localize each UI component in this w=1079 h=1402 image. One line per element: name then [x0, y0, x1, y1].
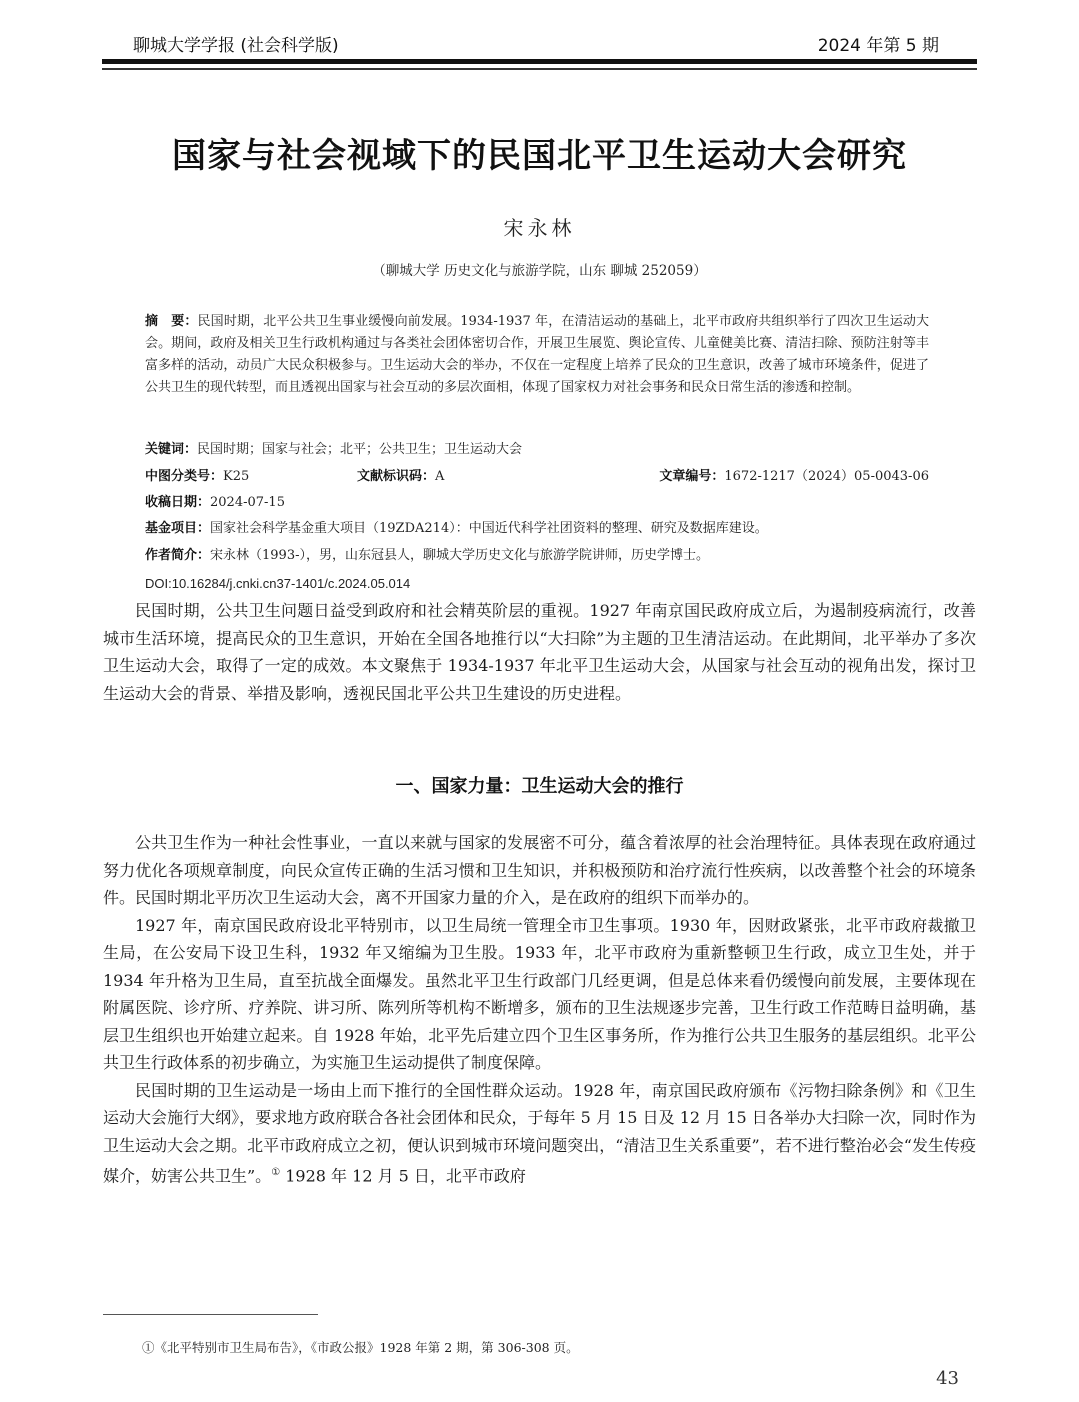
fund-value: 国家社会科学基金重大项目（19ZDA214）：中国近代科学社团资料的整理、研究及… — [210, 521, 768, 536]
section-heading: 一、国家力量：卫生运动大会的推行 — [0, 772, 1079, 798]
article-no-value: 1672-1217（2024）05-0043-06 — [724, 469, 929, 484]
clc-label: 中图分类号： — [145, 469, 223, 484]
doc-code-label: 文献标识码： — [357, 469, 435, 484]
received-value: 2024-07-15 — [210, 495, 285, 510]
header-rule-thin — [102, 68, 977, 70]
paper-page: 聊城大学学报 (社会科学版) 2024 年第 5 期 国家与社会视域下的民国北平… — [0, 0, 1079, 1402]
abstract: 摘 要：民国时期，北平公共卫生事业缓慢向前发展。1934-1937 年，在清洁运… — [145, 311, 929, 399]
journal-name: 聊城大学学报 (社会科学版) — [133, 31, 339, 56]
running-head: 聊城大学学报 (社会科学版) 2024 年第 5 期 — [133, 30, 939, 56]
footnote: ①《北平特别市卫生局布告》，《市政公报》1928 年第 2 期，第 306-30… — [142, 1338, 579, 1356]
classification-row: 中图分类号：K25 文献标识码：A 文章编号：1672-1217（2024）05… — [145, 466, 929, 488]
page-number: 43 — [936, 1368, 959, 1389]
author-bio-value: 宋永林（1993-），男，山东冠县人，聊城大学历史文化与旅游学院讲师，历史学博士… — [210, 548, 709, 563]
header-rule-thick — [102, 59, 977, 64]
abstract-label: 摘 要： — [145, 314, 198, 329]
author-affiliation: （聊城大学 历史文化与旅游学院，山东 聊城 252059） — [0, 259, 1079, 279]
footnote-marker[interactable]: ① — [271, 1167, 280, 1178]
keywords-label: 关键词： — [145, 442, 197, 457]
section-1-body: 公共卫生作为一种社会性事业，一直以来就与国家的发展密不可分，蕴含着浓厚的社会治理… — [103, 829, 976, 1190]
issue-number: 2024 年第 5 期 — [818, 31, 939, 56]
intro-paragraph: 民国时期，公共卫生问题日益受到政府和社会精英阶层的重视。1927 年南京国民政府… — [103, 597, 976, 707]
body-paragraph: 1927 年，南京国民政府设北平特别市，以卫生局统一管理全市卫生事项。1930 … — [103, 912, 976, 1077]
clc-value: K25 — [223, 469, 249, 484]
fund-row: 基金项目：国家社会科学基金重大项目（19ZDA214）：中国近代科学社团资料的整… — [145, 518, 929, 540]
doc-code-value: A — [435, 469, 444, 484]
keywords-text: 民国时期；国家与社会；北平；公共卫生；卫生运动大会 — [197, 442, 522, 457]
author-name: 宋永林 — [0, 212, 1079, 241]
intro-section: 民国时期，公共卫生问题日益受到政府和社会精英阶层的重视。1927 年南京国民政府… — [103, 597, 976, 707]
keywords-row: 关键词：民国时期；国家与社会；北平；公共卫生；卫生运动大会 — [145, 439, 929, 461]
received-label: 收稿日期： — [145, 495, 210, 510]
article-no-label: 文章编号： — [659, 469, 724, 484]
author-bio-label: 作者简介： — [145, 548, 210, 563]
fund-label: 基金项目： — [145, 521, 210, 536]
article-title: 国家与社会视域下的民国北平卫生运动大会研究 — [0, 128, 1079, 177]
abstract-text: 民国时期，北平公共卫生事业缓慢向前发展。1934-1937 年，在清洁运动的基础… — [145, 314, 929, 395]
received-date-row: 收稿日期：2024-07-15 — [145, 492, 929, 514]
body-paragraph: 公共卫生作为一种社会性事业，一直以来就与国家的发展密不可分，蕴含着浓厚的社会治理… — [103, 829, 976, 912]
body-paragraph: 民国时期的卫生运动是一场由上而下推行的全国性群众运动。1928 年，南京国民政府… — [103, 1077, 976, 1190]
footnote-rule — [103, 1314, 318, 1315]
author-bio-row: 作者简介：宋永林（1993-），男，山东冠县人，聊城大学历史文化与旅游学院讲师，… — [145, 545, 929, 567]
doi[interactable]: DOI:10.16284/j.cnki.cn37-1401/c.2024.05.… — [145, 576, 410, 591]
